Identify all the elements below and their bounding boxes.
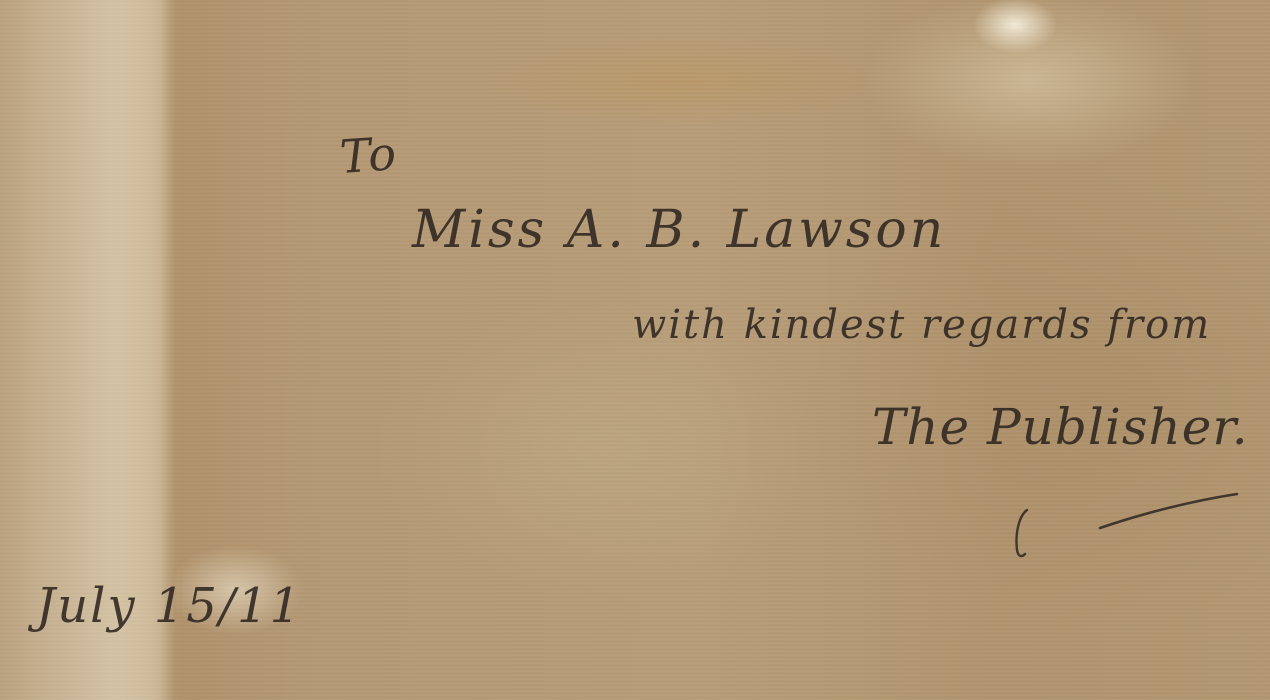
salutation-text: To: [338, 126, 398, 184]
date-text: July 15/11: [36, 578, 302, 634]
recipient-name: Miss A. B. Lawson: [412, 200, 946, 260]
signature-text: The Publisher.: [872, 398, 1249, 456]
inscribed-page: To Miss A. B. Lawson with kindest regard…: [0, 0, 1270, 700]
message-text: with kindest regards from: [632, 302, 1211, 348]
signature-flourish: [1005, 488, 1250, 568]
